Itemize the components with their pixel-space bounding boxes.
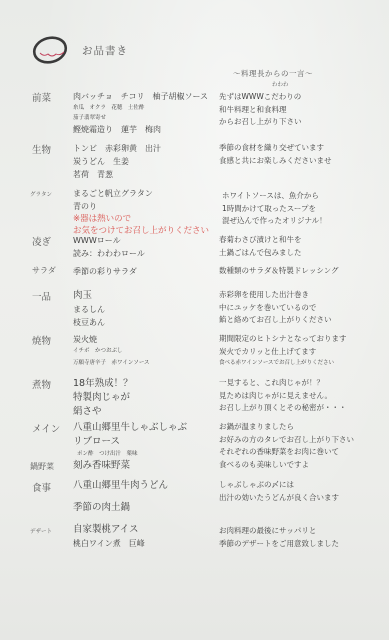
menu-item: 絹さや <box>73 405 133 419</box>
menu-item: 茗荷 青葱 <box>73 168 161 181</box>
menu-item: 季節の彩りサラダ <box>73 265 137 278</box>
description-line: 数種類のサラダ＆特製ドレッシング <box>219 265 339 278</box>
section-category: 焼物 <box>32 333 51 347</box>
menu-item: 特製肉じゃが <box>73 391 133 405</box>
chef-note-heading: ～料理長からの一言～ <box>233 68 313 79</box>
section-category: デザート <box>30 527 52 535</box>
description-line: 赤彩卵を使用した出汁巻き <box>219 289 332 302</box>
chef-note-ruby: わわわ <box>272 80 289 88</box>
section-category: サラダ <box>32 265 56 276</box>
menu-item: 青のり <box>73 200 209 213</box>
menu-item: 炭火焼 <box>73 333 150 346</box>
description-line: それぞれの香味野菜をお肉に巻いて <box>219 446 354 459</box>
section-category: 食事 <box>32 480 51 494</box>
menu-item: まるごと帆立グラタン <box>73 187 209 200</box>
menu-item: 桃白ワイン煮 巨峰 <box>73 537 145 550</box>
menu-item: 読み：わわわロール <box>73 247 145 260</box>
description-line: 1時間かけて取ったスープを <box>222 203 327 216</box>
description-line: 見ためは肉じゃがに見えません。 <box>219 390 347 403</box>
description-line: 土鍋ごはんで包みました <box>219 247 302 260</box>
menu-item: 肉バッチョ チコリ 柚子胡椒ソース <box>73 90 208 103</box>
brush-circle-logo-icon <box>30 34 70 66</box>
menu-item: 鰹焼霜造り 蓮芋 梅肉 <box>73 123 208 136</box>
menu-item: 炭うどん 生姜 <box>73 155 161 168</box>
section-category: 一品 <box>32 289 51 303</box>
section-category: グラタン <box>30 190 52 198</box>
description-line: 一見すると、これ肉じゃが！？ <box>219 377 347 390</box>
description-line: お肉料理の最後にサッパリと <box>219 525 339 538</box>
notice-text: ※器は熱いので <box>73 213 209 225</box>
description-line: 餡と絡めてお召し上がりください <box>219 314 332 327</box>
menu-item: 18年熟成！？ <box>73 377 133 391</box>
menu-item: リブロース <box>73 435 187 449</box>
menu-item: イチボ かつおぶし <box>73 346 150 356</box>
description-line: からお召し上がり下さい <box>219 116 302 129</box>
description-line: ホワイトソースは、魚介から <box>222 190 327 203</box>
description-line: 期間限定のヒトシナとなっております <box>219 333 347 346</box>
description-line: 混ぜ込んで作ったオリジナル！ <box>222 215 327 228</box>
description-line: 食べるのも美味しいですよ <box>219 459 354 472</box>
description-line: 季節のデザートをご用意致しました <box>219 538 339 551</box>
section-category: 生物 <box>32 142 51 156</box>
description-line: しゃぶしゃぶの〆には <box>219 479 339 492</box>
menu-item: 肉玉 <box>73 289 105 303</box>
menu-item: WWWロール <box>73 234 145 247</box>
description-line: 和牛料理と和食料理 <box>219 104 302 117</box>
menu-item: ポン酢 つけ出汁 薬味 <box>77 449 187 459</box>
section-category: メイン <box>32 421 60 435</box>
menu-item: 自家製桃アイス <box>73 523 145 537</box>
menu-item: 万願寺唐辛子 赤ワインソース <box>73 358 150 368</box>
description-line: 春菊わさび漬けと和牛を <box>219 234 302 247</box>
menu-item: 八重山郷里牛肉うどん <box>73 479 168 493</box>
menu-header: お品書き <box>30 35 128 65</box>
menu-item: 刻み香味野菜 <box>73 459 130 473</box>
description-line: 季節の食材を織り交ぜています <box>219 142 332 155</box>
menu-title: お品書き <box>82 43 128 58</box>
description-line: お召し上がり頂くとその秘密が・・・ <box>219 402 347 415</box>
description-line: 食べる赤ワインソースでお召し上がりください <box>219 358 347 368</box>
description-line: 先ずはWWWこだわりの <box>219 91 302 104</box>
description-line: 出汁の効いたうどんが良く合います <box>219 492 339 505</box>
description-line: 中にユッケを巻いているので <box>219 302 332 315</box>
section-category: 前菜 <box>32 90 51 104</box>
menu-item: 八重山郷里牛しゃぶしゃぶ <box>73 421 187 435</box>
menu-item: 糸瓜 オクラ 花穂 土佐酢 <box>73 103 208 113</box>
section-category: 鍋野菜 <box>30 461 54 472</box>
description-line: お鍋が温まりましたら <box>219 421 354 434</box>
menu-item: トンビ 赤彩卵黄 出汁 <box>73 142 161 155</box>
description-line: お好みの方のタレでお召し上がり下さい <box>219 434 354 447</box>
section-category: 凌ぎ <box>32 234 51 248</box>
menu-item: まるしん <box>73 303 105 316</box>
menu-item: 季節の肉土鍋 <box>73 501 168 515</box>
section-category: 煮物 <box>32 377 51 391</box>
description-line: 炭火でカリッと仕上げてます <box>219 346 347 359</box>
menu-item: 茄子翡翠寄せ <box>73 113 208 123</box>
menu-item: 枝豆あん <box>73 316 105 329</box>
description-line: 食感と共にお楽しみくださいませ <box>219 155 332 168</box>
